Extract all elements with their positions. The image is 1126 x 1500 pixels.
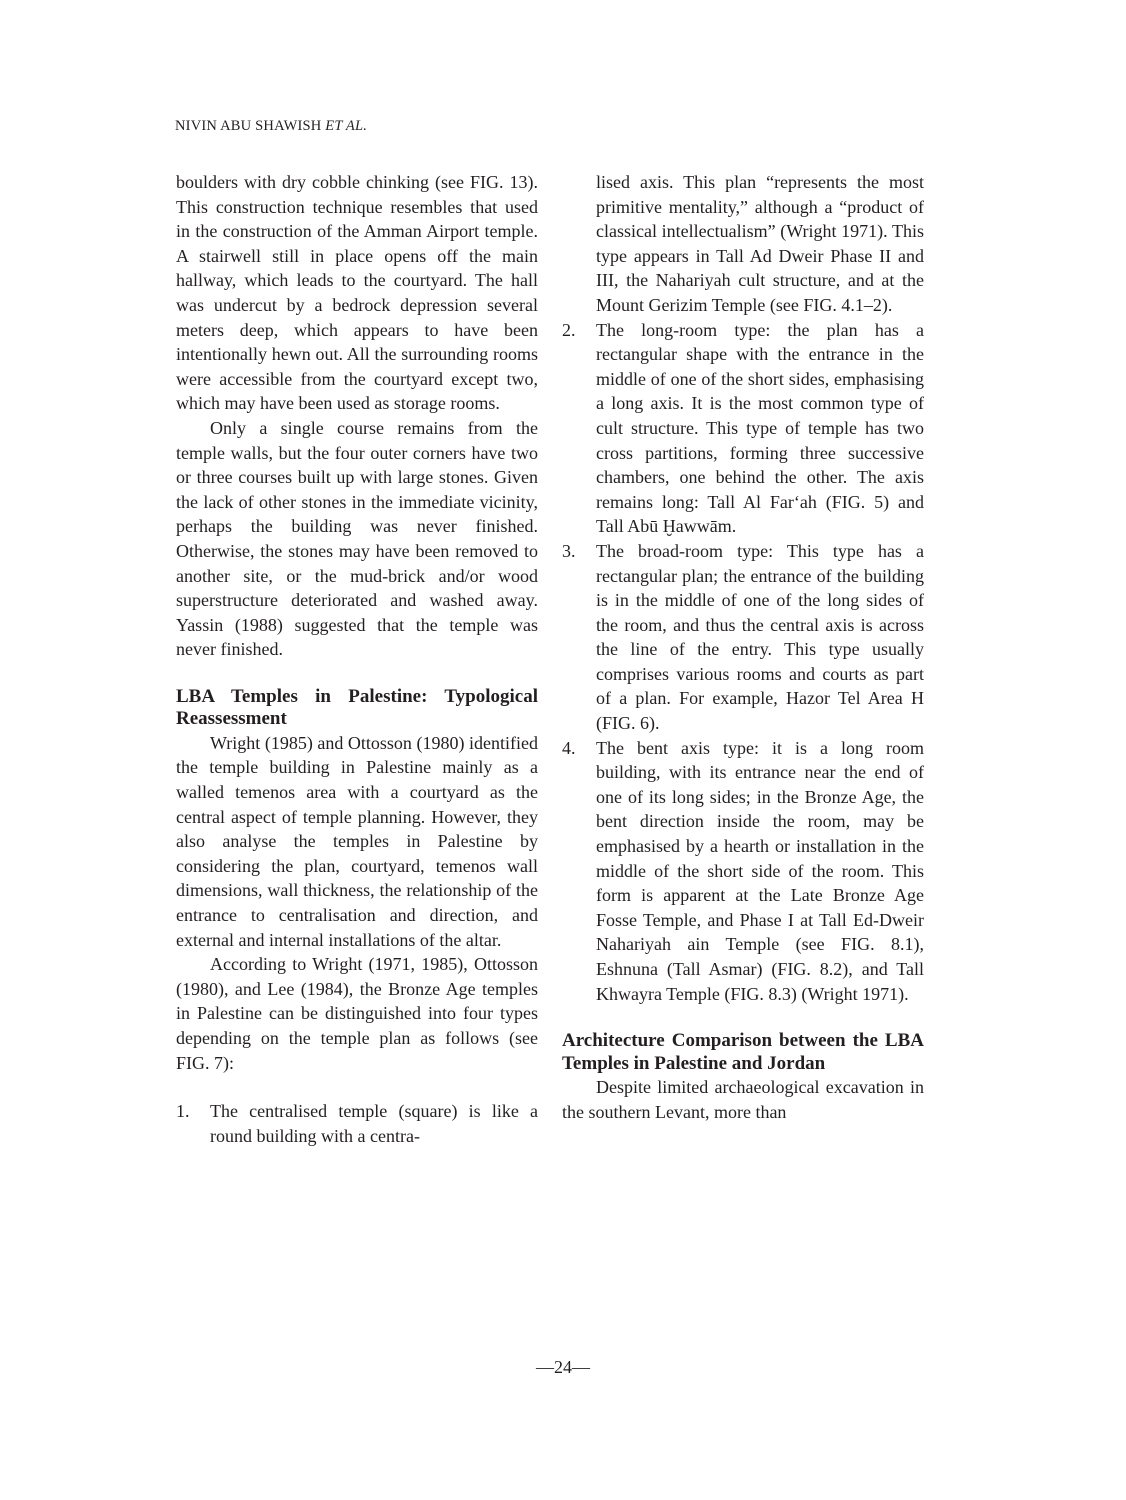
paragraph: Despite limited archaeological excavatio… — [562, 1075, 924, 1124]
paragraph: Only a single course remains from the te… — [176, 416, 538, 662]
list-text: The broad-room type: This type has a rec… — [596, 541, 924, 733]
list-number: 3. — [562, 539, 576, 564]
list-item: 3. The broad-room type: This type has a … — [562, 539, 924, 736]
list-number: 1. — [176, 1099, 190, 1124]
list-number: 4. — [562, 736, 576, 761]
type-list: 2. The long-room type: the plan has a re… — [562, 318, 924, 1007]
page-number: —24— — [0, 1357, 1126, 1378]
paragraph: boulders with dry cobble chinking (see F… — [176, 170, 538, 416]
running-head-etal: ET AL. — [325, 118, 367, 134]
list-item: 4. The bent axis type: it is a long room… — [562, 736, 924, 1007]
list-item: 1. The centralised temple (square) is li… — [176, 1099, 538, 1148]
section-heading: Architecture Comparison between the LBA … — [562, 1030, 924, 1075]
running-head: NIVIN ABU SHAWISH ET AL. — [175, 118, 367, 135]
running-head-author: NIVIN ABU SHAWISH — [175, 118, 321, 134]
type-list: 1. The centralised temple (square) is li… — [176, 1099, 538, 1148]
list-number: 2. — [562, 318, 576, 343]
list-text: The centralised temple (square) is like … — [210, 1101, 538, 1146]
paragraph: According to Wright (1971, 1985), Ottoss… — [176, 952, 538, 1075]
list-text: The long-room type: the plan has a recta… — [596, 320, 924, 537]
right-column: lised axis. This plan “represents the mo… — [562, 170, 924, 1124]
list-text: The bent axis type: it is a long room bu… — [596, 738, 924, 1004]
list-item-continuation: lised axis. This plan “represents the mo… — [562, 170, 924, 318]
list-item: 2. The long-room type: the plan has a re… — [562, 318, 924, 539]
paragraph: Wright (1985) and Ottosson (1980) identi… — [176, 731, 538, 952]
left-column: boulders with dry cobble chinking (see F… — [176, 170, 538, 1148]
section-heading: LBA Temples in Palestine: Typological Re… — [176, 686, 538, 731]
